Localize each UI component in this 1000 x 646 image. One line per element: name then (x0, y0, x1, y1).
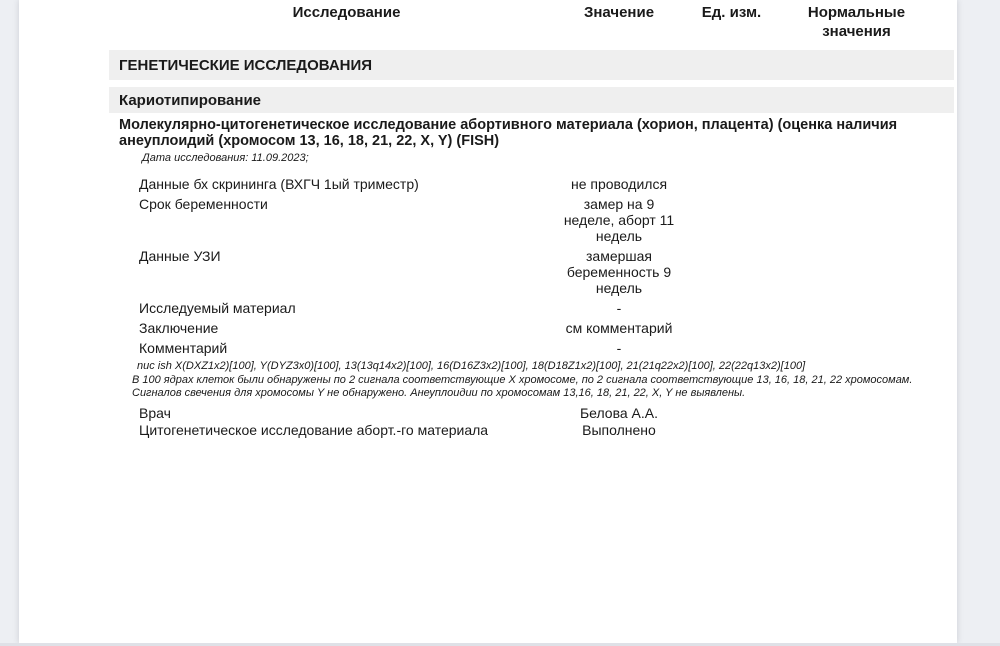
table-row: Данные бх скрининга (ВХГЧ 1ый триместр) … (19, 176, 957, 192)
row-value: замер на 9 неделе, аборт 11 недель (563, 196, 675, 244)
footer-rows: Врач Белова А.А. Цитогенетическое исслед… (19, 405, 957, 438)
table-row: Данные УЗИ замершая беременность 9 недел… (19, 248, 957, 296)
row-normal (779, 340, 934, 356)
table-row: Срок беременности замер на 9 неделе, або… (19, 196, 957, 244)
table-header: Исследование Значение Ед. изм. Нормальны… (19, 0, 957, 41)
row-normal (779, 176, 934, 192)
doctor-label: Врач (139, 405, 554, 421)
row-unit (684, 340, 779, 356)
header-value: Значение (554, 3, 684, 41)
row-label: Исследуемый материал (139, 300, 554, 316)
row-label: Данные бх скрининга (ВХГЧ 1ый триместр) (139, 176, 554, 192)
row-value: - (617, 340, 622, 356)
result-rows: Данные бх скрининга (ВХГЧ 1ый триместр) … (19, 176, 957, 356)
row-value: - (617, 300, 622, 316)
section-genetic-research: ГЕНЕТИЧЕСКИЕ ИССЛЕДОВАНИЯ (109, 50, 954, 80)
row-value: не проводился (571, 176, 667, 192)
row-label: Комментарий (139, 340, 554, 356)
table-row: Цитогенетическое исследование аборт.-го … (19, 422, 957, 438)
row-normal (779, 300, 934, 316)
row-label: Данные УЗИ (139, 248, 554, 296)
row-normal (779, 422, 934, 438)
comment-line-signals: В 100 ядрах клеток были обнаружены по 2 … (132, 374, 953, 388)
header-research: Исследование (139, 3, 554, 41)
section-karyotyping: Кариотипирование (109, 87, 954, 113)
row-unit (684, 196, 779, 244)
row-normal (779, 196, 934, 244)
row-unit (684, 248, 779, 296)
study-status-label: Цитогенетическое исследование аборт.-го … (139, 422, 554, 438)
document-page: Исследование Значение Ед. изм. Нормальны… (19, 0, 957, 643)
comment-block: nuc ish X(DXZ1x2)[100], Y(DYZ3x0)[100], … (132, 360, 953, 401)
row-unit (684, 422, 779, 438)
test-name: Молекулярно-цитогенетическое исследовани… (119, 117, 939, 149)
header-unit: Ед. изм. (684, 3, 779, 41)
row-unit (684, 176, 779, 192)
row-value: замершая беременность 9 недель (563, 248, 675, 296)
study-status-value: Выполнено (582, 422, 656, 438)
comment-line-nomenclature: nuc ish X(DXZ1x2)[100], Y(DYZ3x0)[100], … (132, 360, 953, 374)
header-normal: Нормальные значения (779, 3, 934, 41)
row-normal (779, 405, 934, 421)
row-unit (684, 405, 779, 421)
row-label: Заключение (139, 320, 554, 336)
row-normal (779, 320, 934, 336)
comment-line-conclusion: Сигналов свечения для хромосомы Y не обн… (132, 387, 953, 401)
test-date: Дата исследования: 11.09.2023; (142, 152, 957, 165)
table-row: Заключение см комментарий (19, 320, 957, 336)
table-row: Врач Белова А.А. (19, 405, 957, 421)
row-value: см комментарий (566, 320, 673, 336)
table-row: Исследуемый материал - (19, 300, 957, 316)
row-normal (779, 248, 934, 296)
doctor-name: Белова А.А. (580, 405, 658, 421)
row-unit (684, 320, 779, 336)
row-unit (684, 300, 779, 316)
table-row: Комментарий - (19, 340, 957, 356)
row-label: Срок беременности (139, 196, 554, 244)
